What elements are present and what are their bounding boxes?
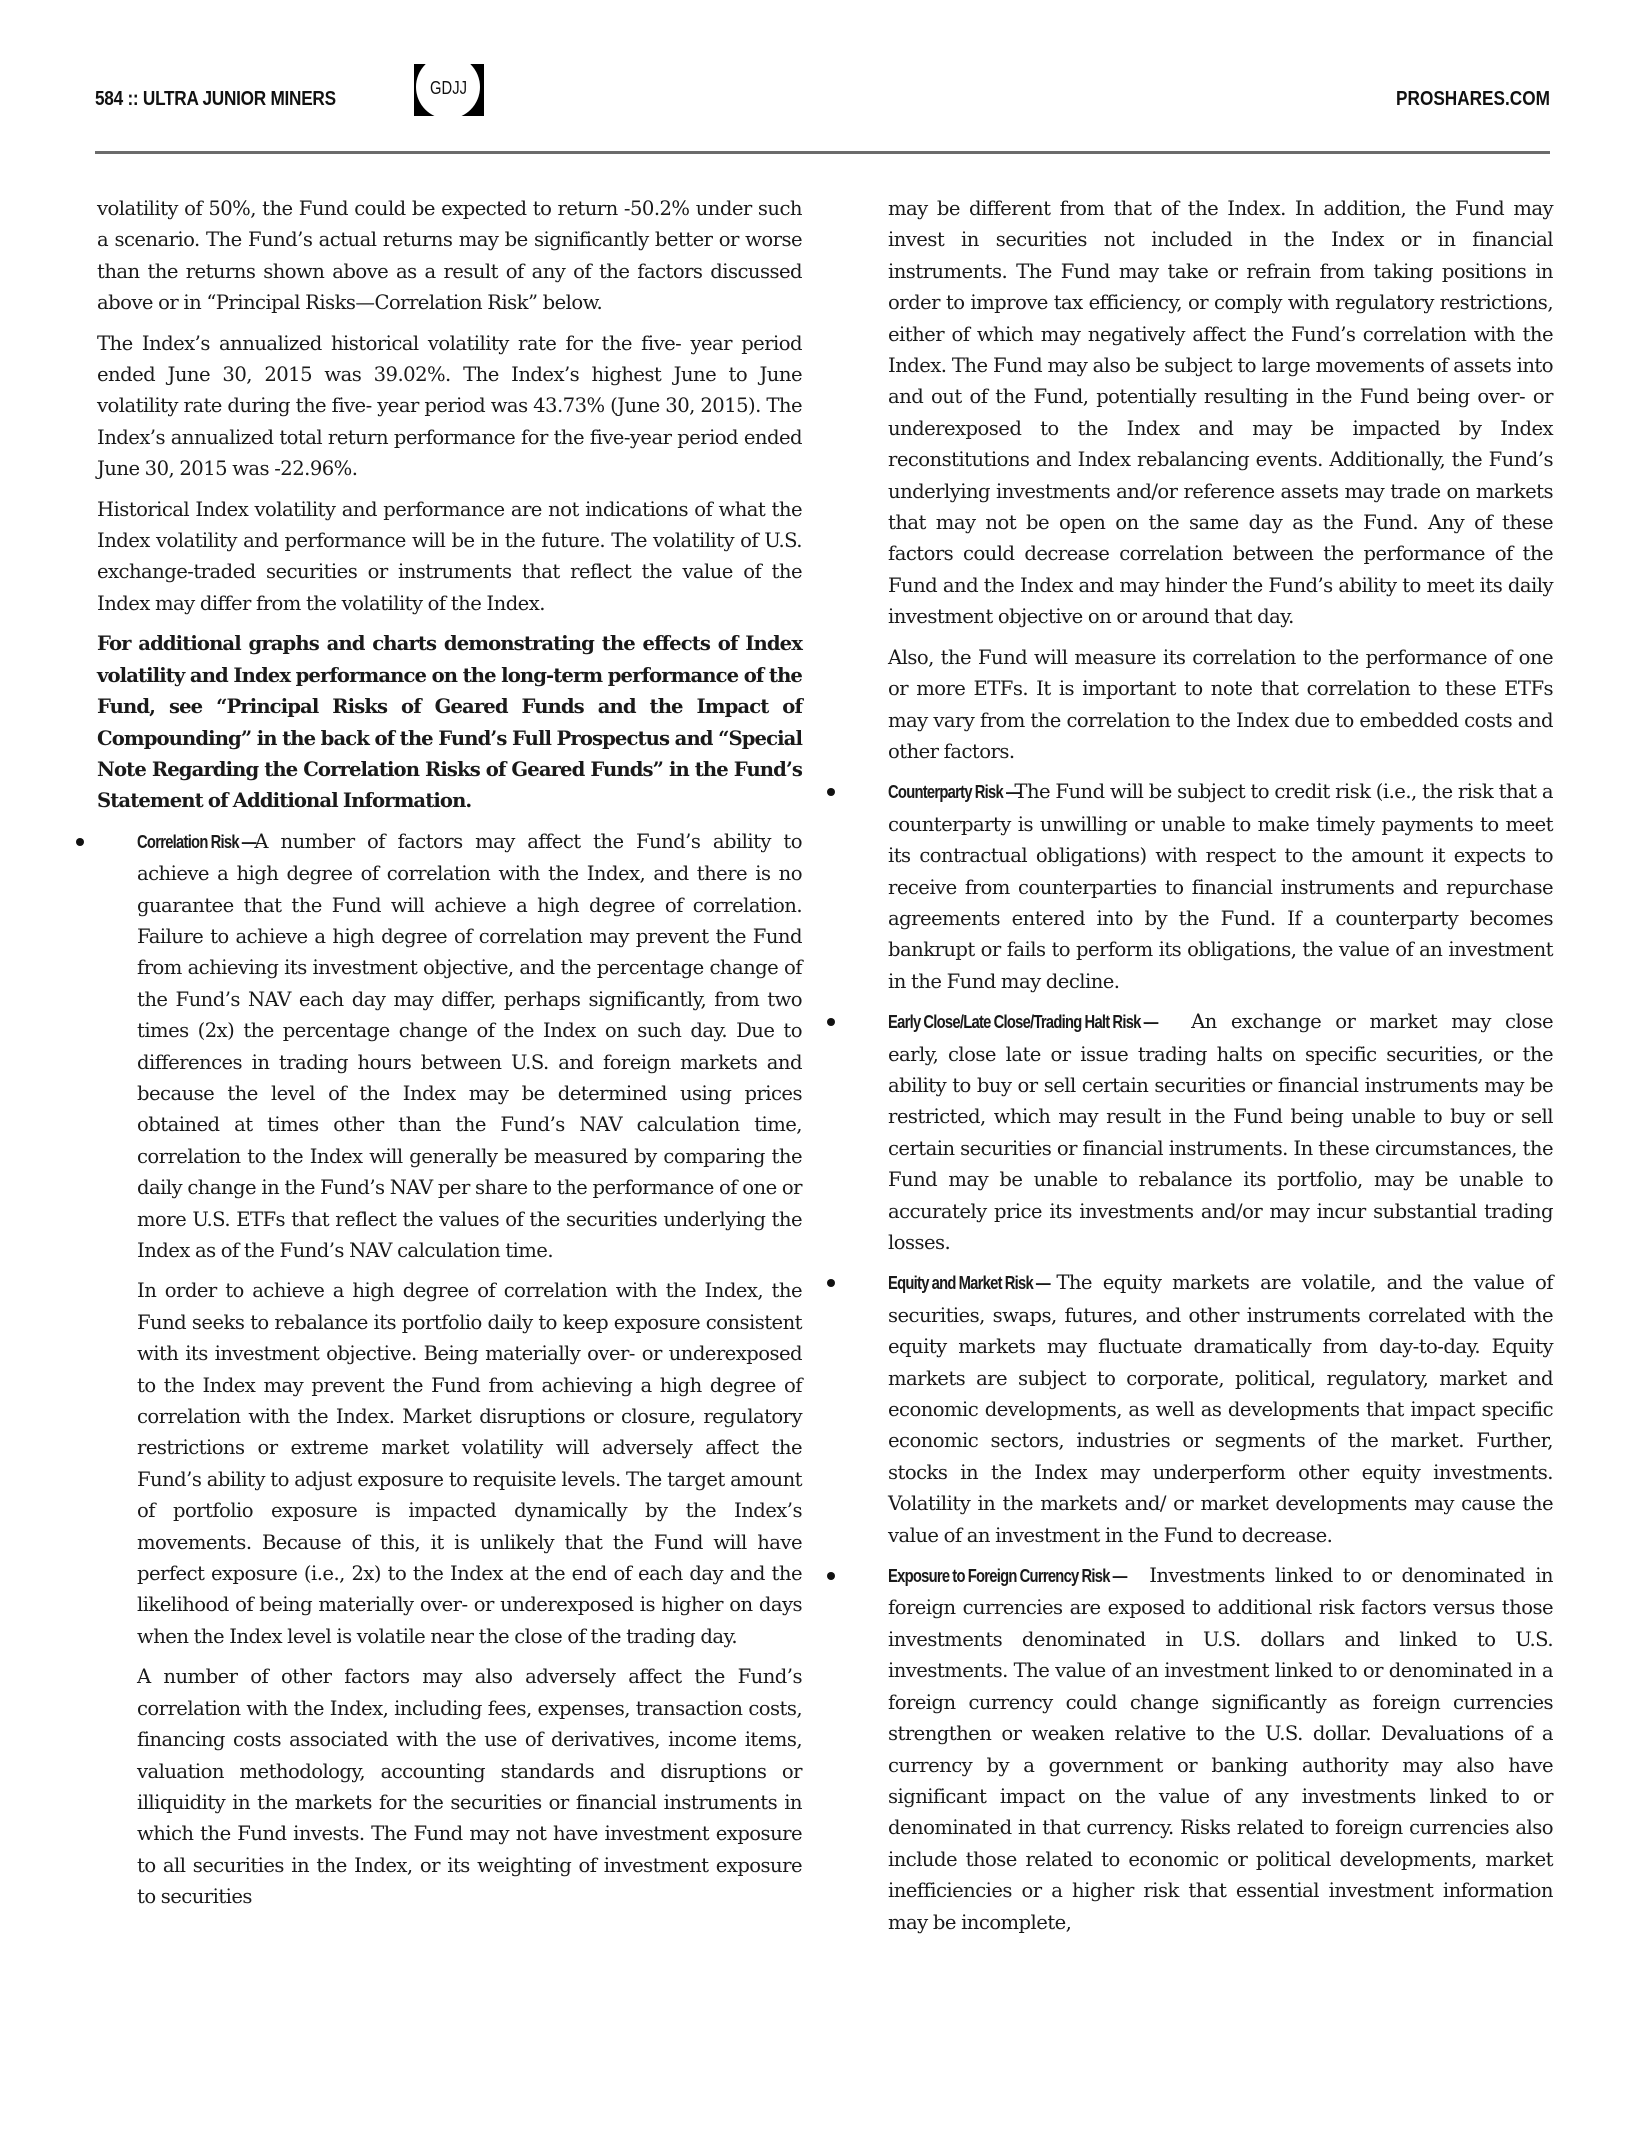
risk-body: The Fund will be subject to credit risk … bbox=[888, 780, 1553, 992]
risk-item-foreign-currency: Exposure to Foreign Currency Risk — Inve… bbox=[848, 1560, 1553, 1938]
page-header-title: 584 :: ULTRA JUNIOR MINERS bbox=[95, 88, 336, 111]
risk-body: Investments linked to or denominated in … bbox=[888, 1564, 1553, 1933]
risk-item-counterparty: Counterparty Risk — The Fund will be sub… bbox=[848, 776, 1553, 997]
header-divider bbox=[95, 151, 1550, 154]
paragraph-volatility-scenario: volatility of 50%, the Fund could be exp… bbox=[97, 193, 802, 319]
risk-body: A number of factors may affect the Fund’… bbox=[137, 830, 802, 1262]
document-page: 584 :: ULTRA JUNIOR MINERS GDJJ PROSHARE… bbox=[0, 0, 1650, 2150]
risk-item-early-close: Early Close/Late Close/Trading Halt Risk… bbox=[848, 1006, 1553, 1258]
paragraph-correlation-continuation: may be different from that of the Index.… bbox=[848, 193, 1553, 633]
paragraph-additional-graphs-note: For additional graphs and charts demonst… bbox=[97, 628, 802, 816]
risk-title: Counterparty Risk — bbox=[888, 777, 1020, 808]
risk-title: Early Close/Late Close/Trading Halt Risk… bbox=[888, 1007, 1158, 1038]
bullet-icon bbox=[827, 788, 835, 796]
page-header-site: PROSHARES.COM bbox=[1396, 88, 1550, 111]
paragraph-correlation-rebalance: In order to achieve a high degree of cor… bbox=[97, 1275, 802, 1652]
ticker-badge-label: GDJJ bbox=[430, 78, 467, 99]
paragraph-correlation-other-factors: A number of other factors may also adver… bbox=[97, 1661, 802, 1912]
ticker-badge-circle-icon: GDJJ bbox=[416, 64, 480, 116]
bullet-icon bbox=[827, 1018, 835, 1026]
right-column: may be different from that of the Index.… bbox=[848, 193, 1553, 1947]
bullet-icon bbox=[827, 1572, 835, 1580]
risk-item-correlation: Correlation Risk — A number of factors m… bbox=[97, 826, 802, 1267]
risk-body: The equity markets are volatile, and the… bbox=[888, 1271, 1553, 1546]
paragraph-etf-correlation: Also, the Fund will measure its correlat… bbox=[848, 642, 1553, 768]
bullet-icon bbox=[76, 838, 84, 846]
risk-item-equity-market: Equity and Market Risk — The equity mark… bbox=[848, 1267, 1553, 1551]
paragraph-historical-disclaimer: Historical Index volatility and performa… bbox=[97, 494, 802, 620]
risk-title: Exposure to Foreign Currency Risk — bbox=[888, 1561, 1127, 1592]
left-column: volatility of 50%, the Fund could be exp… bbox=[97, 193, 802, 1922]
risk-body: An exchange or market may close early, c… bbox=[888, 1010, 1553, 1254]
risk-title: Correlation Risk — bbox=[137, 827, 256, 858]
bullet-icon bbox=[827, 1279, 835, 1287]
paragraph-historical-volatility: The Index’s annualized historical volati… bbox=[97, 328, 802, 485]
ticker-badge: GDJJ bbox=[414, 64, 484, 116]
risk-title: Equity and Market Risk — bbox=[888, 1268, 1050, 1299]
